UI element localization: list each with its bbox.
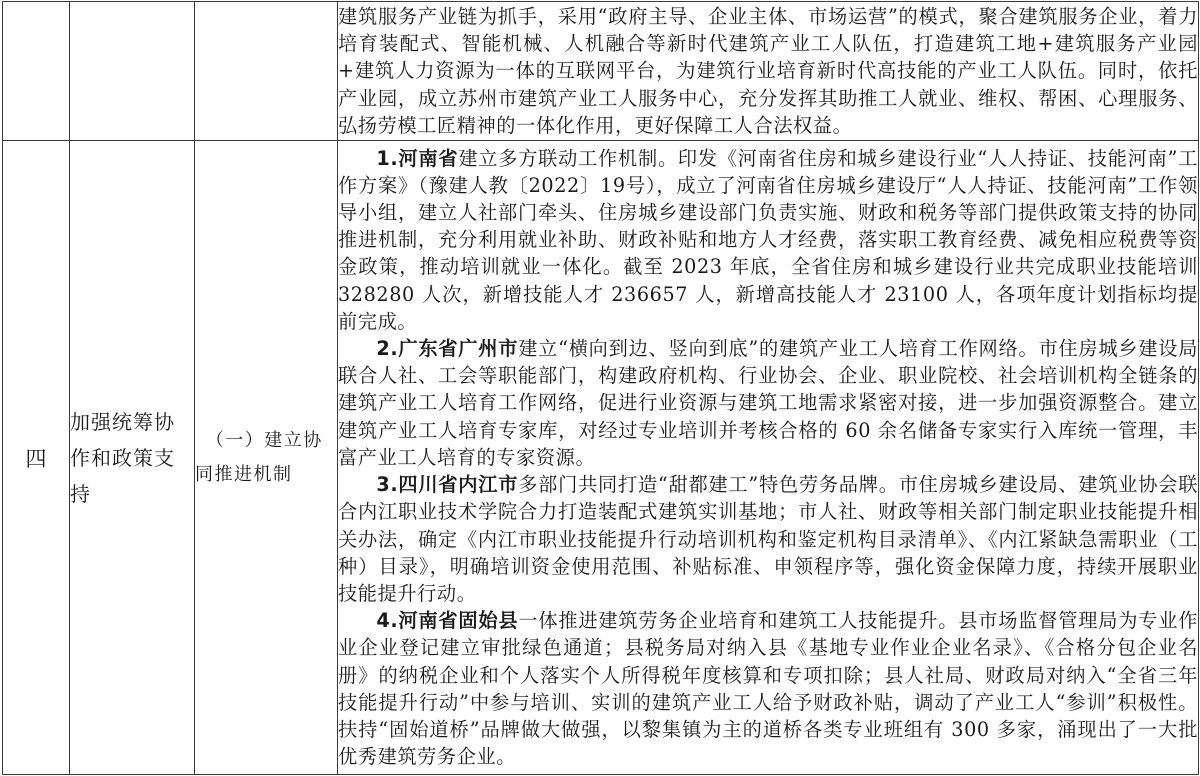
paragraph-guangzhou: 2.广东省广州市建立“横向到边、竖向到底”的建筑产业工人培育工作网络。市住房城乡…: [338, 335, 1198, 471]
paragraph-gushi: 4.河南省固始县一体推进建筑劳务企业培育和建筑工人技能提升。县市场监督管理局为专…: [338, 607, 1198, 770]
paragraph-lead: 2.广东省广州市: [376, 337, 518, 360]
paragraph-lead: 4.河南省固始县: [376, 609, 518, 632]
subcategory-cell: （一）建立协同推进机制: [195, 141, 338, 775]
subcategory-label: （一）建立协同推进机制: [195, 424, 337, 492]
table-row: 四 加强统筹协作和政策支持 （一）建立协同推进机制 1.河南省建立多方联动工作机…: [3, 141, 1199, 775]
paragraph-henan: 1.河南省建立多方联动工作机制。印发《河南省住房和城乡建设行业“人人持证、技能河…: [338, 145, 1198, 335]
category-cell: [70, 2, 195, 141]
row-number-cell: [3, 2, 70, 141]
content-cell: 建筑服务产业链为抓手，采用“政府主导、企业主体、市场运营”的模式，聚合建筑服务企…: [338, 2, 1199, 141]
paragraph-text: 建立多方联动工作机制。印发《河南省住房和城乡建设行业“人人持证、技能河南”工作方…: [338, 147, 1198, 333]
paragraph-lead: 1.河南省: [376, 147, 458, 170]
paragraph-lead: 3.四川省内江市: [376, 473, 518, 496]
policy-table: 建筑服务产业链为抓手，采用“政府主导、企业主体、市场运营”的模式，聚合建筑服务企…: [2, 1, 1199, 775]
paragraph-text: 一体推进建筑劳务企业培育和建筑工人技能提升。县市场监督管理局为专业作业企业登记建…: [338, 609, 1198, 768]
subcategory-cell: [195, 2, 338, 141]
content-cell: 1.河南省建立多方联动工作机制。印发《河南省住房和城乡建设行业“人人持证、技能河…: [338, 141, 1199, 775]
paragraph-text: 建筑服务产业链为抓手，采用“政府主导、企业主体、市场运营”的模式，聚合建筑服务企…: [338, 5, 1198, 137]
paragraph-neijiang: 3.四川省内江市多部门共同打造“甜都建工”特色劳务品牌。市住房城乡建设局、建筑业…: [338, 471, 1198, 607]
row-number-cell: 四: [3, 141, 70, 775]
category-cell: 加强统筹协作和政策支持: [70, 141, 195, 775]
paragraph: 建筑服务产业链为抓手，采用“政府主导、企业主体、市场运营”的模式，聚合建筑服务企…: [338, 3, 1198, 139]
table-row: 建筑服务产业链为抓手，采用“政府主导、企业主体、市场运营”的模式，聚合建筑服务企…: [3, 2, 1199, 141]
